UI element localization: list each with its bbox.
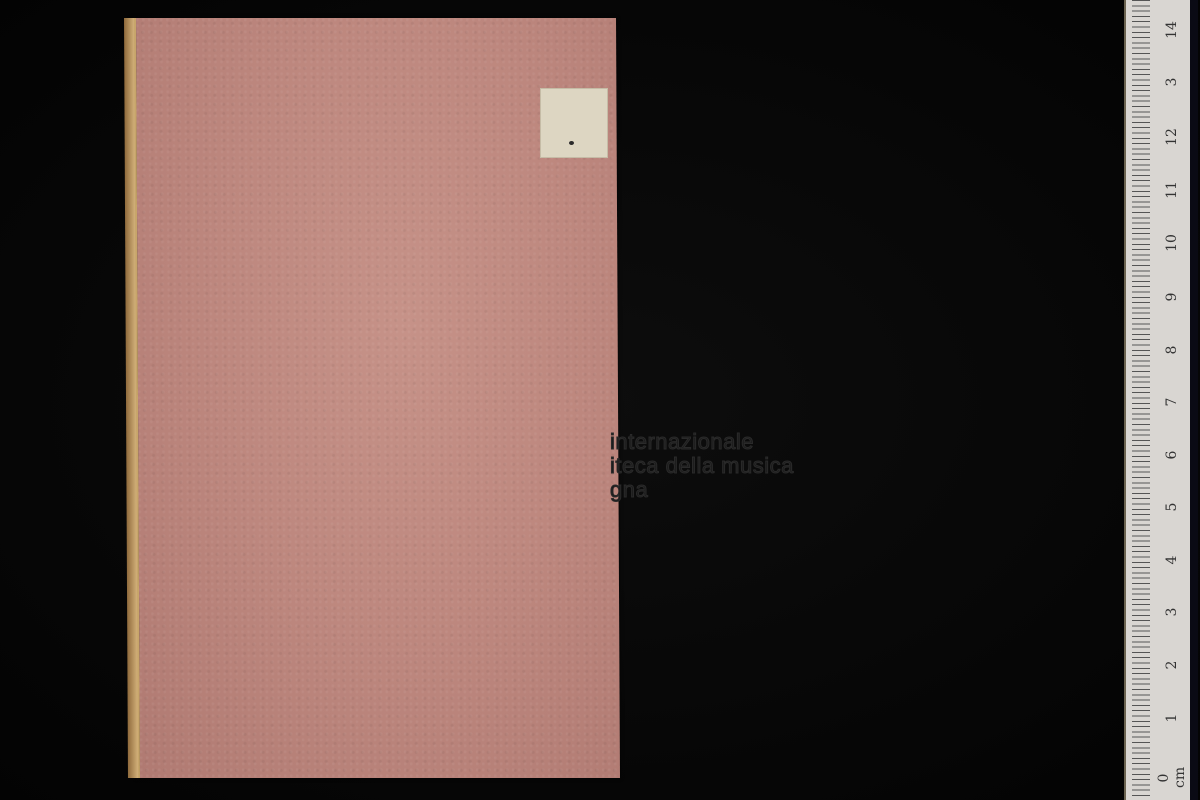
ruler-label: 7 xyxy=(1164,392,1180,412)
centimeter-ruler: 0 cm 1 2 3 4 5 6 7 8 9 10 11 12 3 14 xyxy=(1124,0,1198,800)
ruler-label: 12 xyxy=(1164,127,1180,147)
ruler-label: 5 xyxy=(1164,497,1180,517)
ruler-label: 1 xyxy=(1164,708,1180,728)
ruler-label: 9 xyxy=(1164,287,1180,307)
ruler-label: 11 xyxy=(1164,180,1180,200)
ruler-label: 6 xyxy=(1164,445,1180,465)
watermark-text: internazionale iteca della musica gna xyxy=(610,430,794,502)
ruler-label: 4 xyxy=(1164,550,1180,570)
ruler-label: 14 xyxy=(1164,20,1180,40)
ruler-label: 3 xyxy=(1164,72,1180,92)
ink-mark xyxy=(569,141,574,145)
paper-shelf-label xyxy=(540,88,608,158)
ruler-ticks xyxy=(1132,0,1162,800)
watermark-line: gna xyxy=(610,478,794,502)
ruler-label: 8 xyxy=(1164,340,1180,360)
watermark-line: internazionale xyxy=(610,430,794,454)
ruler-label: 10 xyxy=(1164,233,1180,253)
watermark-line: iteca della musica xyxy=(610,454,794,478)
ruler-label: 3 xyxy=(1164,602,1180,622)
ruler-label: 0 cm xyxy=(1156,768,1188,788)
ruler-label: 2 xyxy=(1164,655,1180,675)
